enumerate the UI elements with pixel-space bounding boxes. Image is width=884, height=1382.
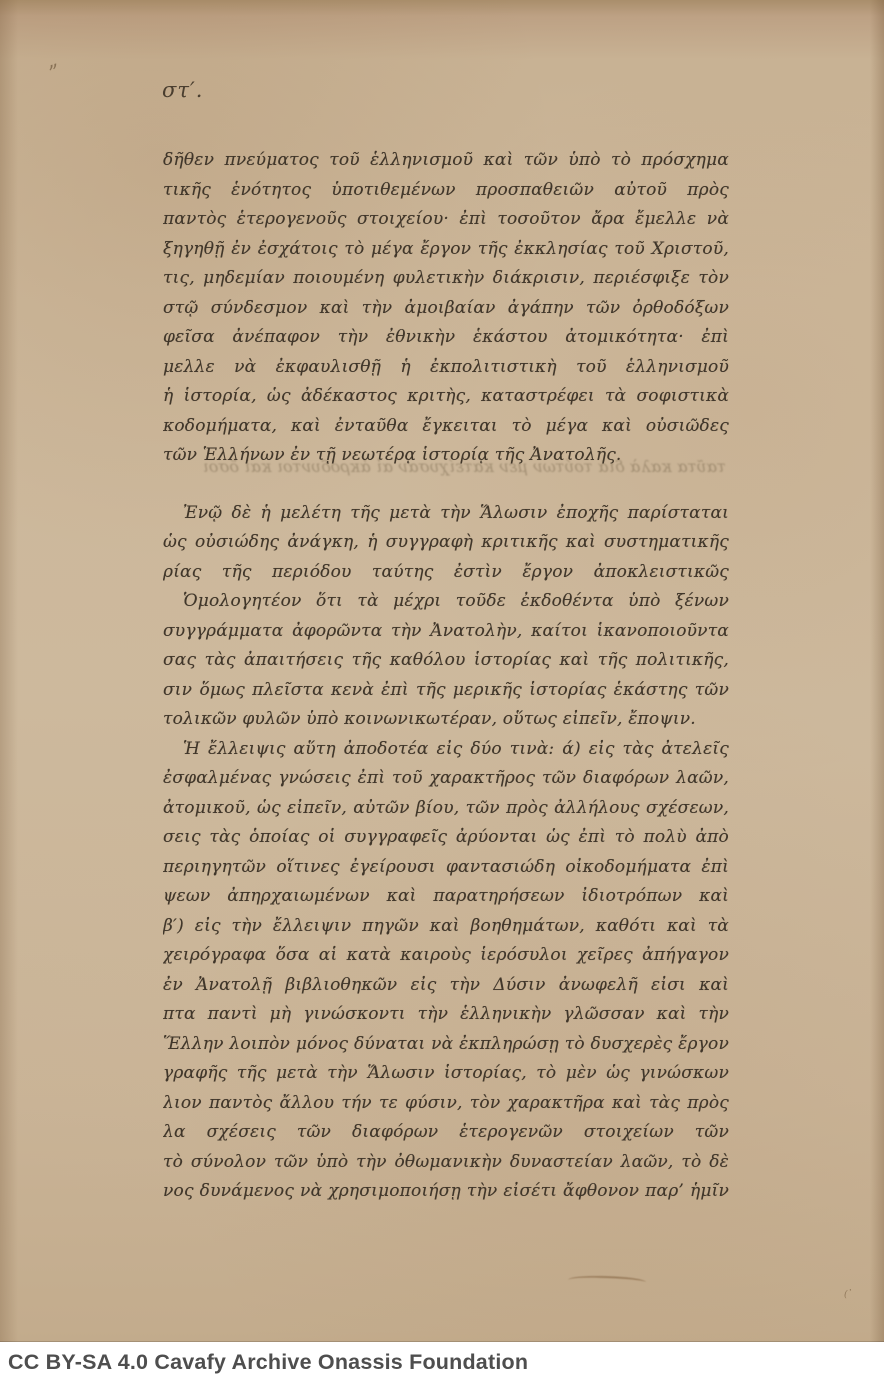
text-line: συγγράμματα ἀφορῶντα τὴν Ἀνατολὴν, καίτο… — [163, 617, 729, 647]
paragraph: Ἡ ἔλλειψις αὕτη ἀποδοτέα εἰς δύο τινὰ: ά… — [163, 735, 729, 1207]
license-text: CC BY-SA 4.0 Cavafy Archive Onassis Foun… — [0, 1350, 528, 1375]
text-line: ψεων ἀπηρχαιωμένων καὶ παρατηρήσεων ἰδιο… — [163, 882, 729, 912]
text-line: ἐν Ἀνατολῇ βιβλιοθηκῶν εἰς τὴν Δύσιν ἀνω… — [163, 971, 729, 1001]
text-line: μελλε νὰ ἐκφαυλισθῇ ἡ ἐκπολιτιστικὴ τοῦ … — [163, 353, 729, 383]
paragraph: Ἐνῷ δὲ ἡ μελέτη τῆς μετὰ τὴν Ἅλωσιν ἐποχ… — [163, 499, 729, 588]
text-line: β′) εἰς τὴν ἔλλειψιν πηγῶν καὶ βοηθημάτω… — [163, 912, 729, 942]
text-line: νος δυνάμενος νὰ χρησιμοποιήσῃ τὴν εἰσέτ… — [163, 1177, 729, 1207]
text-line: ἡ ἱστορία, ὡς ἀδέκαστος κριτὴς, καταστρέ… — [163, 382, 729, 412]
text-block: δῆθεν πνεύματος τοῦ ἑλληνισμοῦ καὶ τῶν ὑ… — [163, 146, 729, 1207]
text-line: Ἡ ἔλλειψις αὕτη ἀποδοτέα εἰς δύο τινὰ: ά… — [163, 735, 729, 765]
text-line: λα σχέσεις τῶν διαφόρων ἑτερογενῶν στοιχ… — [163, 1118, 729, 1148]
text-line: σεις τὰς ὁποίας οἱ συγγραφεῖς ἀρύονται ὡ… — [163, 823, 729, 853]
text-line: λιον παντὸς ἄλλου τήν τε φύσιν, τὸν χαρα… — [163, 1089, 729, 1119]
text-line: τῶν Ἑλλήνων ἐν τῇ νεωτέρᾳ ἱστορίᾳ τῆς Ἀν… — [163, 441, 729, 471]
text-line: περιηγητῶν οἵτινες ἐγείρουσι φαντασιώδη … — [163, 853, 729, 883]
paragraph: δῆθεν πνεύματος τοῦ ἑλληνισμοῦ καὶ τῶν ὑ… — [163, 146, 729, 471]
page-number: στ′. — [162, 78, 203, 102]
text-line: ξηγηθῇ ἐν ἐσχάτοις τὸ μέγα ἔργον τῆς ἐκκ… — [163, 235, 729, 265]
paper-speck: (᾽ — [844, 1290, 851, 1296]
text-line: τις, μηδεμίαν ποιουμένη φυλετικὴν διάκρι… — [163, 264, 729, 294]
page-edge-shadow-right — [870, 0, 884, 1382]
text-line: σιν ὅμως πλεῖστα κενὰ ἐπὶ τῆς μερικῆς ἱσ… — [163, 676, 729, 706]
text-line: παντὸς ἑτερογενοῦς στοιχείου· ἐπὶ τοσοῦτ… — [163, 205, 729, 235]
text-line: φεῖσα ἀνέπαφον τὴν ἐθνικὴν ἑκάστου ἀτομι… — [163, 323, 729, 353]
text-line: κοδομήματα, καὶ ἐνταῦθα ἔγκειται τὸ μέγα… — [163, 412, 729, 442]
handwritten-mark: „ — [43, 47, 60, 73]
text-line: ὡς οὐσιώδης ἀνάγκη, ἡ συγγραφὴ κριτικῆς … — [163, 528, 729, 558]
pencil-stroke-mark — [568, 1274, 646, 1288]
text-line: σας τὰς ἀπαιτήσεις τῆς καθόλου ἱστορίας … — [163, 646, 729, 676]
text-line: γραφῆς τῆς μετὰ τὴν Ἅλωσιν ἱστορίας, τὸ … — [163, 1059, 729, 1089]
text-line: στῷ σύνδεσμον καὶ τὴν ἀμοιβαίαν ἀγάπην τ… — [163, 294, 729, 324]
text-line: πτα παντὶ μὴ γινώσκοντι τὴν ἑλληνικὴν γλ… — [163, 1000, 729, 1030]
text-line: ἐσφαλμένας γνώσεις ἐπὶ τοῦ χαρακτῆρος τῶ… — [163, 764, 729, 794]
text-line: τὸ σύνολον τῶν ὑπὸ τὴν ὀθωμανικὴν δυναστ… — [163, 1148, 729, 1178]
text-line: ρίας τῆς περιόδου ταύτης ἐστὶν ἔργον ἀπο… — [163, 558, 729, 588]
text-line: τικῆς ἑνότητος ὑποτιθεμένων προσπαθειῶν … — [163, 176, 729, 206]
text-line: ἀτομικοῦ, ὡς εἰπεῖν, αὐτῶν βίου, τῶν πρὸ… — [163, 794, 729, 824]
text-line: Ἐνῷ δὲ ἡ μελέτη τῆς μετὰ τὴν Ἅλωσιν ἐποχ… — [163, 499, 729, 529]
text-line: χειρόγραφα ὅσα αἱ κατὰ καιροὺς ἱερόσυλοι… — [163, 941, 729, 971]
page-edge-shadow-left — [0, 0, 18, 1382]
text-line: Ἕλλην λοιπὸν μόνος δύναται νὰ ἐκπληρώσῃ … — [163, 1030, 729, 1060]
attribution-bar: CC BY-SA 4.0 Cavafy Archive Onassis Foun… — [0, 1342, 884, 1382]
paragraph: Ὁμολογητέον ὅτι τὰ μέχρι τοῦδε ἐκδοθέντα… — [163, 587, 729, 735]
text-line: τολικῶν φυλῶν ὑπὸ κοινωνικωτέραν, οὕτως … — [163, 705, 729, 735]
scanned-book-page: „ στ′. ταῦτα καλὰ διὰ τούτων μὲν κατείχυ… — [0, 0, 884, 1382]
text-line: Ὁμολογητέον ὅτι τὰ μέχρι τοῦδε ἐκδοθέντα… — [163, 587, 729, 617]
text-line: δῆθεν πνεύματος τοῦ ἑλληνισμοῦ καὶ τῶν ὑ… — [163, 146, 729, 176]
